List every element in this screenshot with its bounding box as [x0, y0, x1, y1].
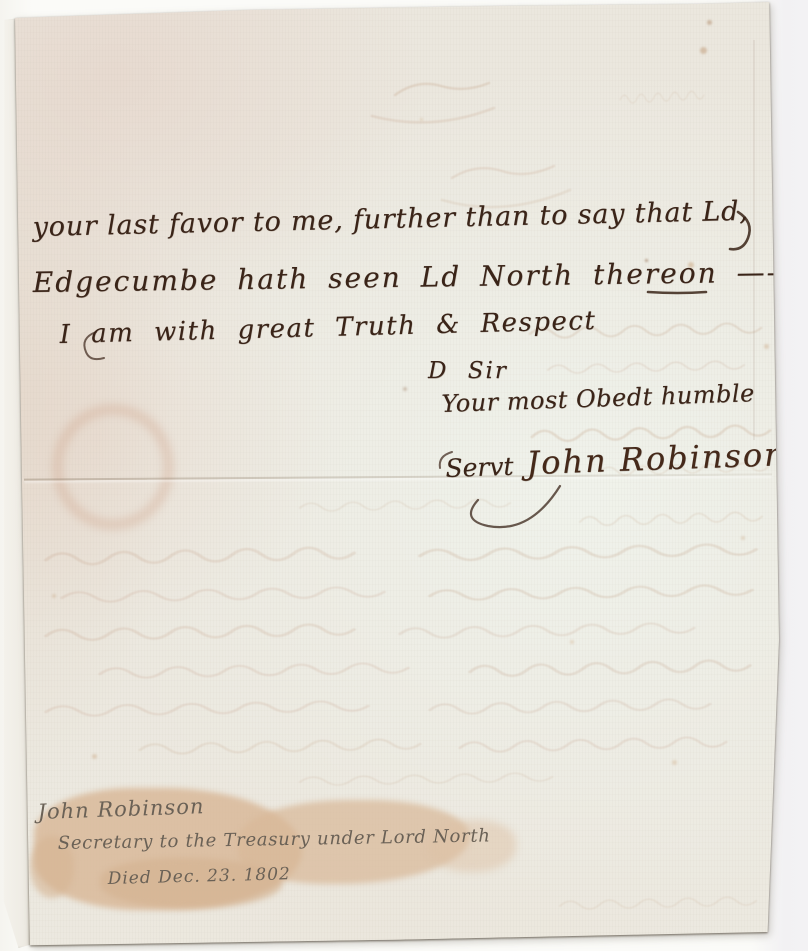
letter-page: your last favor to me, further than to s… [0, 0, 808, 951]
foxing-spot [570, 640, 574, 644]
letter-line-3: I am with great Truth & Respect [59, 306, 596, 350]
letter-scan: your last favor to me, further than to s… [0, 0, 808, 951]
letter-line-2: Edgecumbe hath seen Ld North thereon —— [33, 255, 797, 299]
closing-salutation: D Sir [428, 358, 508, 384]
foxing-spot [92, 754, 97, 759]
foxing-spot [403, 387, 407, 391]
foxing-spot [741, 536, 745, 540]
foxing-spot [52, 594, 56, 598]
signature-row: Servt John Robinson [445, 435, 788, 485]
closing-valediction: Your most Obedt humble [441, 379, 755, 418]
foxing-spot [707, 20, 712, 25]
foxing-spot [764, 344, 769, 349]
foxing-spot [700, 47, 707, 54]
foxing-spot [672, 760, 677, 765]
letter-page-wrap: your last favor to me, further than to s… [0, 0, 808, 951]
foxing-spot [420, 118, 423, 121]
seal-ring-stain [52, 404, 174, 530]
closing-servant: Servt [445, 452, 514, 483]
letter-line-1: your last favor to me, further than to s… [32, 196, 749, 243]
